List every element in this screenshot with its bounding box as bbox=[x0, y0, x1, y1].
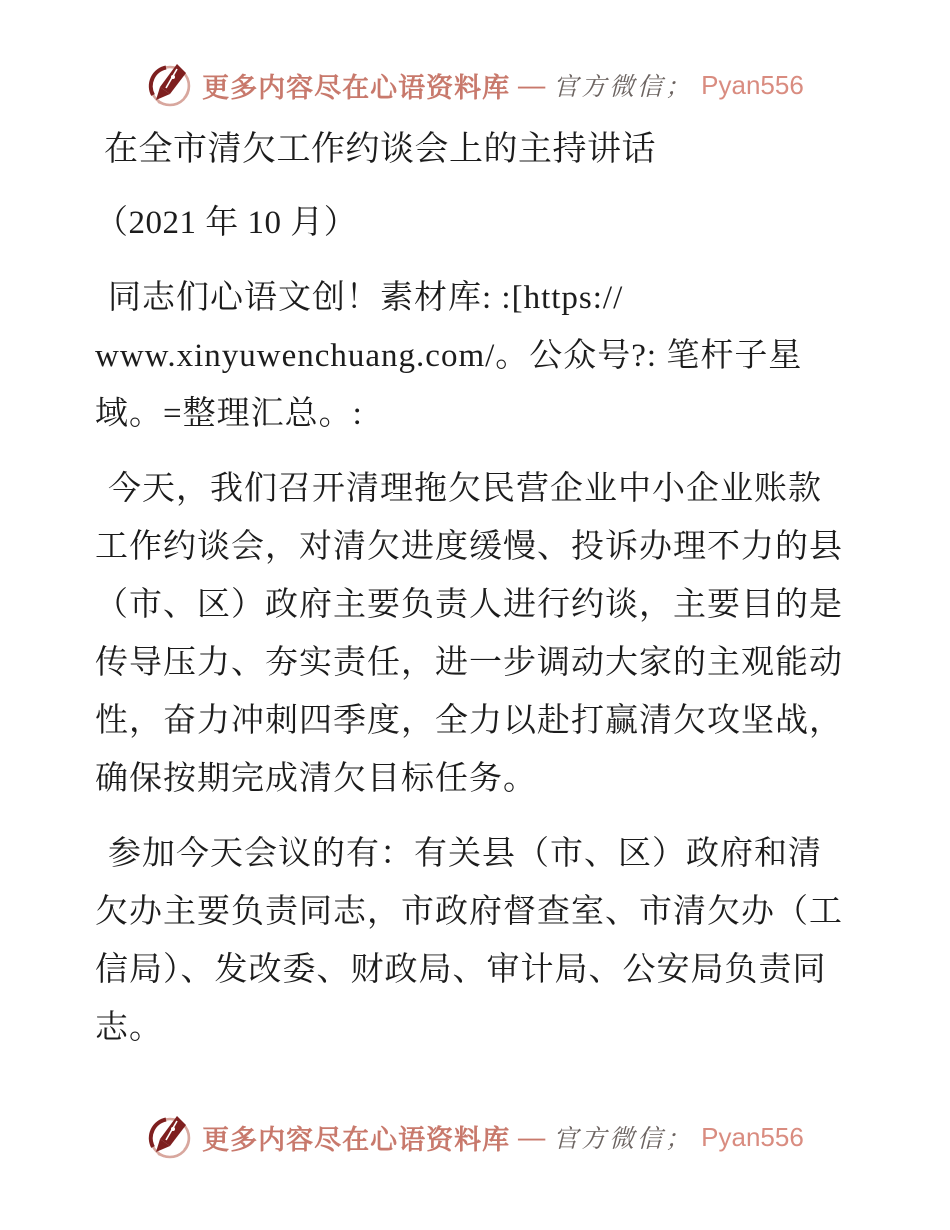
document-page: 更多内容尽在心语资料库—官方微信； Pyan556 在全市清欠工作约谈会上的主持… bbox=[0, 0, 950, 1230]
document-date: （2021 年 10 月） bbox=[95, 194, 895, 252]
paragraph-line: 域。=整理汇总。: bbox=[95, 385, 895, 443]
brand-dash: — bbox=[518, 70, 545, 101]
pen-nib-logo-icon bbox=[146, 1112, 194, 1162]
paragraph-line: 今天，我们召开清理拖欠民营企业中小企业账款 bbox=[95, 460, 895, 518]
paragraph: 同志们心语文创！素材库: :[https://www.xinyuwenchuan… bbox=[95, 269, 895, 443]
paragraph: 参加今天会议的有：有关县（市、区）政府和清欠办主要负责同志，市政府督查室、市清欠… bbox=[95, 825, 895, 1057]
paragraph-line: 参加今天会议的有：有关县（市、区）政府和清 bbox=[95, 825, 895, 883]
paragraph-line: （市、区）政府主要负责人进行约谈，主要目的是 bbox=[95, 576, 895, 634]
paragraph-line: www.xinyuwenchuang.com/。公众号?: 笔杆子星 bbox=[95, 327, 895, 385]
paragraph-line: 信局）、发改委、财政局、审计局、公安局负责同 bbox=[95, 941, 895, 999]
paragraph: 今天，我们召开清理拖欠民营企业中小企业账款工作约谈会，对清欠进度缓慢、投诉办理不… bbox=[95, 460, 895, 808]
wechat-id: Pyan556 bbox=[701, 70, 804, 101]
paragraph-line: 欠办主要负责同志，市政府督查室、市清欠办（工 bbox=[95, 883, 895, 941]
wechat-label: 官方微信； bbox=[553, 1119, 693, 1155]
pen-nib-logo-icon bbox=[146, 60, 194, 110]
paragraph-line: 志。 bbox=[95, 999, 895, 1057]
wechat-id: Pyan556 bbox=[701, 1122, 804, 1153]
brand-text: 更多内容尽在心语资料库 bbox=[202, 66, 510, 105]
header-watermark: 更多内容尽在心语资料库—官方微信； Pyan556 bbox=[0, 60, 950, 110]
paragraph-line: 确保按期完成清欠目标任务。 bbox=[95, 750, 895, 808]
brand-text: 更多内容尽在心语资料库 bbox=[202, 1118, 510, 1157]
wechat-label: 官方微信； bbox=[553, 67, 693, 103]
paragraph-line: 性，奋力冲刺四季度，全力以赴打赢清欠攻坚战， bbox=[95, 692, 895, 750]
paragraph-line: 传导压力、夯实责任，进一步调动大家的主观能动 bbox=[95, 634, 895, 692]
brand-dash: — bbox=[518, 1122, 545, 1153]
footer-watermark: 更多内容尽在心语资料库—官方微信； Pyan556 bbox=[0, 1112, 950, 1162]
document-body: 同志们心语文创！素材库: :[https://www.xinyuwenchuan… bbox=[95, 269, 895, 1057]
paragraph-line: 同志们心语文创！素材库: :[https:// bbox=[95, 269, 895, 327]
paragraph-line: 工作约谈会，对清欠进度缓慢、投诉办理不力的县 bbox=[95, 518, 895, 576]
document-title: 在全市清欠工作约谈会上的主持讲话 bbox=[95, 121, 895, 179]
